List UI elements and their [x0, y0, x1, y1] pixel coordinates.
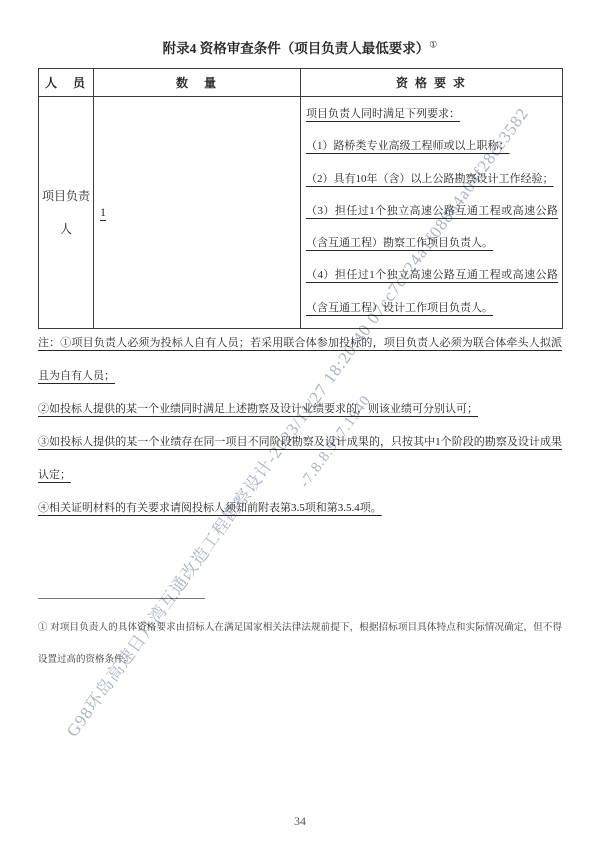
requirement-line: （3）担任过1个独立高速公路互通工程或高速公路（含互通工程）勘察工作项目负责人。 [306, 195, 558, 260]
cell-quantity: 1 [94, 97, 301, 329]
header-quantity: 数 量 [94, 69, 301, 97]
header-person: 人 员 [39, 69, 94, 97]
header-requirements: 资 格 要 求 [301, 69, 563, 97]
cell-person: 项目负责人 [39, 97, 94, 329]
requirement-line: （2）具有10年（含）以上公路勘察设计工作经验； [306, 163, 558, 195]
title-footnote-marker: ① [429, 40, 437, 50]
footnote-text: 对项目负责人的具体资格要求由招标人在满足国家相关法律法规前提下，根据招标项目具体… [38, 623, 562, 665]
page-number: 34 [0, 814, 600, 829]
footnote: ① 对项目负责人的具体资格要求由招标人在满足国家相关法律法规前提下，根据招标项目… [38, 612, 562, 676]
table-row: 项目负责人 1 项目负责人同时满足下列要求： （1）路桥类专业高级工程师或以上职… [39, 97, 563, 329]
notes-section: 注：①项目负责人必须为投标人自有人员；若采用联合体参加投标的，项目负责人必须为联… [38, 327, 562, 525]
qualification-table: 人 员 数 量 资 格 要 求 项目负责人 1 项目负责人同时满足下列要求： （… [38, 68, 563, 329]
table-header-row: 人 员 数 量 资 格 要 求 [39, 69, 563, 97]
document-page: { "page": { "title": "附录4 资格审查条件（项目负责人最低… [0, 0, 600, 849]
page-title: 附录4 资格审查条件（项目负责人最低要求）① [0, 37, 600, 57]
note-item: ③如投标人提供的某一个业绩存在同一项目不同阶段勘察及设计成果的，只按其中1个阶段… [38, 426, 562, 492]
quantity-value: 1 [100, 205, 106, 219]
note-item: ②如投标人提供的某一个业绩同时满足上述勘察及设计业绩要求的，则该业绩可分别认可； [38, 393, 562, 426]
note-item: ④相关证明材料的有关要求请阅投标人须知前附表第3.5项和第3.5.4项。 [38, 492, 562, 525]
requirement-line: （1）路桥类专业高级工程师或以上职称； [306, 130, 558, 162]
note-item: 注：①项目负责人必须为投标人自有人员；若采用联合体参加投标的，项目负责人必须为联… [38, 327, 562, 393]
footnote-divider [38, 598, 205, 599]
page-title-text: 附录4 资格审查条件（项目负责人最低要求） [163, 41, 430, 56]
requirement-line: （4）担任过1个独立高速公路互通工程或高速公路（含互通工程）设计工作项目负责人。 [306, 259, 558, 324]
requirement-line: 项目负责人同时满足下列要求： [306, 98, 558, 130]
footnote-marker: ① [38, 623, 48, 633]
cell-requirements: 项目负责人同时满足下列要求： （1）路桥类专业高级工程师或以上职称； （2）具有… [301, 97, 563, 329]
